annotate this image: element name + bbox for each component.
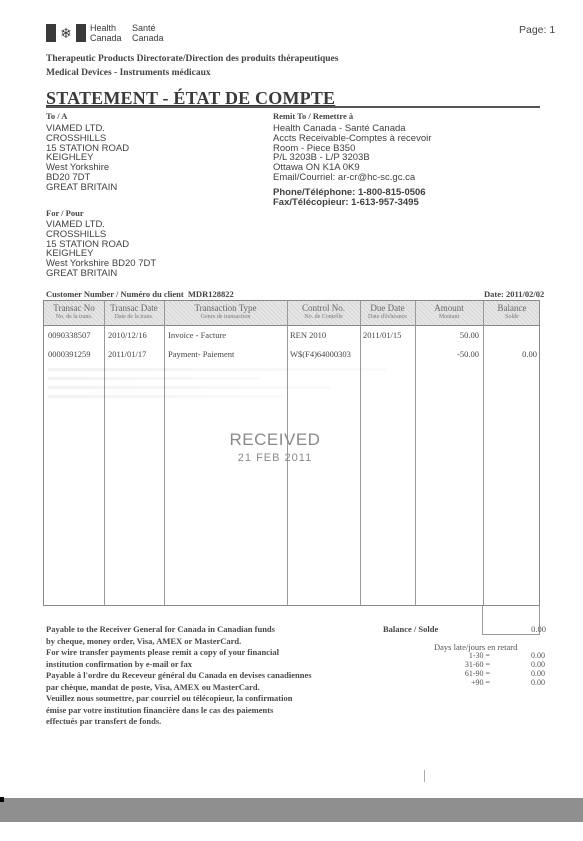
column-header-fr: No. de la trans. xyxy=(44,313,104,321)
column-header-fr: Date d'échéance xyxy=(360,313,415,321)
bleed-through-text xyxy=(48,362,518,402)
balance-label: Balance / Solde xyxy=(383,624,438,634)
cell-amount: 50.00 xyxy=(415,330,479,340)
cell-control-no: W$(F4)64000303 xyxy=(290,349,351,359)
customer-number-label: Customer Number / Numéro du client xyxy=(46,289,184,299)
column-header-control-no: Control No. No. de Contrôle xyxy=(287,303,360,321)
address-line: GREAT BRITAIN xyxy=(46,183,129,193)
instruction-line: by cheque, money order, Visa, AMEX or Ma… xyxy=(46,636,376,648)
column-divider xyxy=(104,301,105,605)
column-header-en: Transaction Type xyxy=(164,303,287,313)
column-header-en: Transac No xyxy=(44,303,104,313)
instruction-line: Veuillez nous soumettre, par courriel ou… xyxy=(46,693,376,705)
instruction-line: For wire transfer payments please remit … xyxy=(46,647,376,659)
instruction-line: institution confirmation by e-mail or fa… xyxy=(46,659,376,671)
instruction-line: Payable à l'ordre du Receveur général du… xyxy=(46,670,376,682)
column-header-fr: Solde xyxy=(483,313,541,321)
column-divider xyxy=(164,301,165,605)
payment-instructions: Payable to the Receiver General for Cana… xyxy=(46,624,376,728)
cell-transaction-type: Payment- Paiement xyxy=(168,349,234,359)
aging-range: +90 = xyxy=(440,678,490,687)
column-header-balance: Balance Solde xyxy=(483,303,541,321)
maple-leaf-icon: ❄ xyxy=(58,25,74,41)
department-en-line: Health xyxy=(90,23,122,33)
cell-due-date: 2011/01/15 xyxy=(363,330,401,340)
to-label: To / A xyxy=(46,111,67,121)
cell-amount: -50.00 xyxy=(415,349,479,359)
scan-corner-mark xyxy=(0,797,4,802)
customer-number-line: Customer Number / Numéro du client MDR12… xyxy=(46,289,234,299)
column-header-en: Due Date xyxy=(360,303,415,313)
stamp-date: 21 FEB 2011 xyxy=(220,452,330,464)
cell-transac-date: 2010/12/16 xyxy=(108,330,147,340)
department-name-en: Health Canada xyxy=(90,23,122,43)
received-stamp: RECEIVED 21 FEB 2011 xyxy=(220,430,330,464)
cell-control-no: REN 2010 xyxy=(290,330,326,340)
column-header-transaction-type: Transaction Type Genre de transaction xyxy=(164,303,287,321)
aging-range: 61-90 = xyxy=(440,669,490,678)
column-header-fr: Date de la trans. xyxy=(104,313,164,321)
aging-value: 0.00 xyxy=(505,669,545,678)
for-label: For / Pour xyxy=(46,208,84,218)
column-divider xyxy=(360,301,361,605)
column-header-en: Amount xyxy=(415,303,483,313)
aging-value: 0.00 xyxy=(505,660,545,669)
cell-transac-no: 0000391259 xyxy=(48,349,91,359)
cell-transac-no: 0090338507 xyxy=(48,330,91,340)
column-divider xyxy=(415,301,416,605)
scan-mark xyxy=(424,770,425,782)
stamp-text: RECEIVED xyxy=(220,430,330,450)
balance-value: 0.00 xyxy=(500,624,546,634)
aging-value: 0.00 xyxy=(505,678,545,687)
cell-transac-date: 2011/01/17 xyxy=(108,349,146,359)
remit-contact: Phone/Téléphone: 1-800-815-0506 Fax/Télé… xyxy=(273,188,426,208)
remit-to-label: Remit To / Remettre à xyxy=(273,111,353,121)
instruction-line: par chèque, mandat de poste, Visa, AMEX … xyxy=(46,682,376,694)
column-header-fr: Montant xyxy=(415,313,483,321)
column-header-en: Balance xyxy=(483,303,541,313)
instruction-line: émise par votre institution financière d… xyxy=(46,705,376,717)
column-header-amount: Amount Montant xyxy=(415,303,483,321)
for-address: VIAMED LTD. CROSSHILLS 15 STATION ROAD K… xyxy=(46,220,156,279)
column-header-fr: No. de Contrôle xyxy=(287,313,360,321)
column-header-due-date: Due Date Date d'échéance xyxy=(360,303,415,321)
address-line: GREAT BRITAIN xyxy=(46,269,156,279)
email-line: Email/Courriel: ar-cr@hc-sc.gc.ca xyxy=(273,173,431,183)
flag-bar-right xyxy=(76,24,86,42)
remit-to-address: Health Canada - Santé Canada Accts Recei… xyxy=(273,124,431,183)
title-divider xyxy=(46,106,540,108)
department-name-fr: Santé Canada xyxy=(132,23,164,43)
department-fr-line: Santé xyxy=(132,23,164,33)
aging-value: 0.00 xyxy=(505,651,545,660)
aging-range: 31-60 = xyxy=(440,660,490,669)
cell-transaction-type: Invoice - Facture xyxy=(168,330,226,340)
column-header-transac-no: Transac No No. de la trans. xyxy=(44,303,104,321)
fax-number: Fax/Télécopieur: 1-613-957-3495 xyxy=(273,198,426,208)
scan-bottom-bar xyxy=(0,798,583,822)
canada-flag-logo: ❄ xyxy=(46,24,86,42)
department-en-line: Canada xyxy=(90,33,122,43)
column-header-en: Control No. xyxy=(287,303,360,313)
column-header-transac-date: Transac Date Date de la trans. xyxy=(104,303,164,321)
statement-date: Date: 2011/02/02 xyxy=(484,289,544,299)
page-number: Page: 1 xyxy=(519,24,555,36)
aging-range: 1-30 = xyxy=(440,651,490,660)
division-name: Medical Devices - Instruments médicaux xyxy=(46,68,211,78)
department-fr-line: Canada xyxy=(132,33,164,43)
column-header-fr: Genre de transaction xyxy=(164,313,287,321)
to-address: VIAMED LTD. CROSSHILLS 15 STATION ROAD K… xyxy=(46,124,129,193)
instruction-line: effectués par transfert de fonds. xyxy=(46,716,376,728)
flag-bar-left xyxy=(46,24,56,42)
customer-number: MDR128822 xyxy=(188,289,234,299)
cell-balance: 0.00 xyxy=(483,349,537,359)
column-divider xyxy=(483,301,484,605)
directorate-name: Therapeutic Products Directorate/Directi… xyxy=(46,54,338,64)
instruction-line: Payable to the Receiver General for Cana… xyxy=(46,624,376,636)
column-header-en: Transac Date xyxy=(104,303,164,313)
